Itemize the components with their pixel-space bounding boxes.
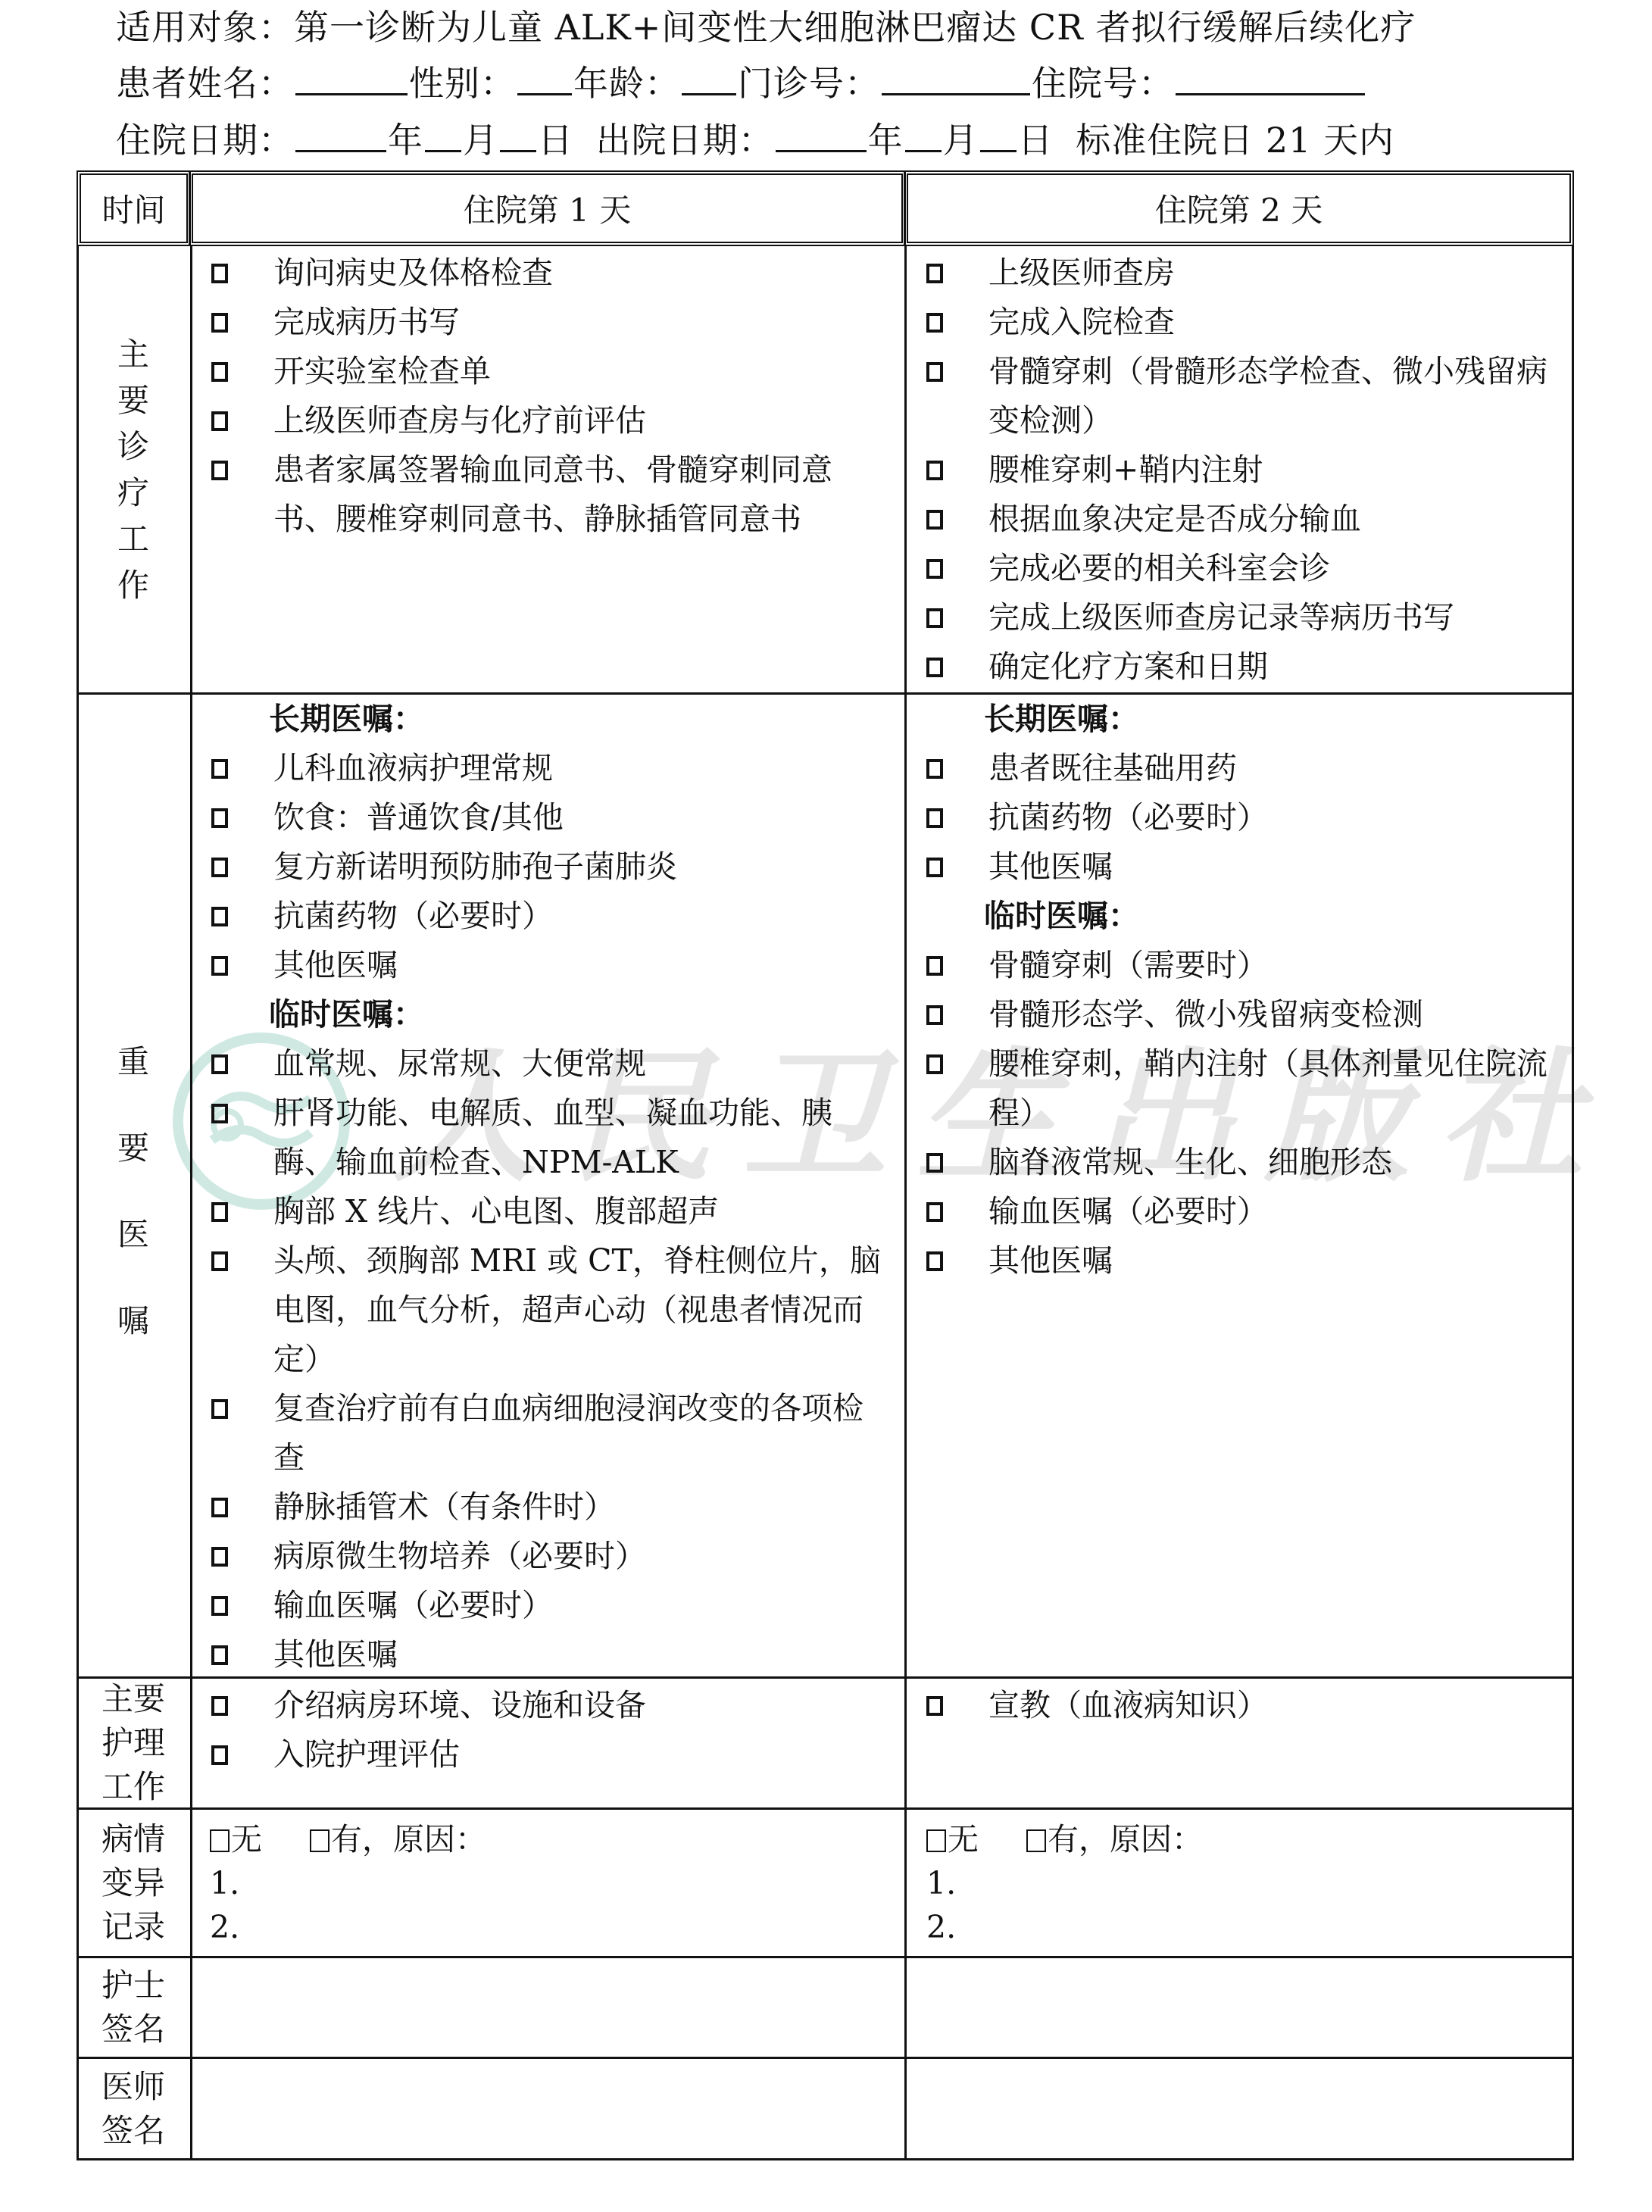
variation-yes-checkbox[interactable] — [1026, 1829, 1046, 1852]
column-divider-2 — [904, 246, 907, 2160]
checkbox[interactable] — [211, 313, 228, 333]
variation-yes-label: 有，原因： — [331, 1821, 486, 1857]
dates-line: 住院日期：年月日 出院日期：年月日 标准住院日 21 天内 — [116, 117, 1394, 163]
checkbox[interactable] — [211, 1547, 228, 1567]
item-text: 输血医嘱（必要时） — [273, 1581, 885, 1630]
checklist-item: 其他医嘱 — [926, 842, 1563, 892]
checklist-item: 骨髓形态学、微小残留病变检测 — [926, 990, 1563, 1039]
item-text: 饮食：普通饮食/其他 — [273, 793, 885, 842]
checklist-item: 上级医师查房 — [926, 248, 1563, 298]
variation-day1: 无 有，原因： 1. 2. — [210, 1817, 884, 1949]
gender-label: 性别： — [409, 63, 516, 104]
label-char: 要 — [117, 377, 149, 423]
admit-year-field[interactable] — [295, 120, 386, 152]
temporary-orders-title: 临时医嘱： — [984, 892, 1563, 941]
age-label: 年龄： — [573, 63, 680, 104]
checkbox[interactable] — [926, 1696, 943, 1716]
checkbox[interactable] — [211, 1054, 228, 1074]
checkbox[interactable] — [211, 1596, 228, 1616]
label-char: 重 — [117, 1019, 149, 1105]
checkbox[interactable] — [926, 1202, 943, 1222]
checkbox[interactable] — [926, 759, 943, 779]
item-text: 血常规、尿常规、大便常规 — [273, 1039, 885, 1089]
checkbox[interactable] — [926, 264, 943, 283]
checklist-item: 完成病历书写 — [211, 298, 885, 347]
item-text: 儿科血液病护理常规 — [273, 744, 885, 793]
checkbox[interactable] — [211, 411, 228, 431]
item-text: 患者家属签署输血同意书、骨髓穿刺同意书、腰椎穿刺同意书、静脉插管同意书 — [273, 445, 885, 544]
label-char: 工 — [117, 516, 149, 562]
header-day1-label: 住院第 1 天 — [464, 186, 631, 231]
item-text: 完成病历书写 — [273, 298, 885, 347]
checklist-item: 血常规、尿常规、大便常规 — [211, 1039, 885, 1089]
checkbox[interactable] — [926, 510, 943, 530]
label-line: 主要 — [101, 1677, 165, 1721]
checklist-item: 骨髓穿刺（需要时） — [926, 941, 1563, 990]
header-day2-label: 住院第 2 天 — [1155, 186, 1323, 231]
checklist-item: 上级医师查房与化疗前评估 — [211, 396, 885, 445]
checkbox[interactable] — [211, 1696, 228, 1716]
label-line: 签名 — [101, 2109, 165, 2153]
label-line: 工作 — [101, 1765, 165, 1809]
discharge-day-field[interactable] — [980, 120, 1016, 152]
checklist-item: 抗菌药物（必要时） — [211, 892, 885, 941]
item-text: 抗菌药物（必要时） — [273, 892, 885, 941]
label-line: 医师 — [101, 2065, 165, 2109]
item-text: 其他医嘱 — [273, 1630, 885, 1679]
applicable-label: 适用对象： — [116, 7, 294, 48]
table-bottom-border — [77, 2158, 1574, 2160]
item-text: 静脉插管术（有条件时） — [273, 1482, 885, 1532]
long-term-orders-title: 长期医嘱： — [984, 695, 1563, 744]
table-right-border — [1572, 246, 1574, 2160]
checklist-item: 胸部 X 线片、心电图、腹部超声 — [211, 1187, 885, 1236]
item-text: 骨髓穿刺（需要时） — [988, 941, 1563, 990]
orders-day1-list: 长期医嘱： 儿科血液病护理常规 饮食：普通饮食/其他 复方新诺明预防肺孢子菌肺炎… — [211, 695, 885, 1679]
checklist-item: 复查治疗前有白血病细胞浸润改变的各项检查 — [211, 1384, 885, 1482]
doctor-signature-day1[interactable] — [192, 2059, 904, 2158]
checkbox[interactable] — [926, 362, 943, 382]
checkbox[interactable] — [211, 808, 228, 828]
checkbox[interactable] — [926, 808, 943, 828]
checkbox[interactable] — [926, 956, 943, 976]
row-divider — [77, 1807, 1574, 1810]
checklist-item: 骨髓穿刺（骨髓形态学检查、微小残留病变检测） — [926, 347, 1563, 445]
item-text: 患者既往基础用药 — [988, 744, 1563, 793]
checklist-item: 其他医嘱 — [926, 1236, 1563, 1286]
checklist-item: 介绍病房环境、设施和设备 — [211, 1681, 885, 1730]
item-text: 其他医嘱 — [273, 941, 885, 990]
variation-line-2[interactable]: 2. — [926, 1905, 1563, 1949]
orders-day2-list: 长期医嘱： 患者既往基础用药 抗菌药物（必要时） 其他医嘱 临时医嘱： 骨髓穿刺… — [926, 695, 1563, 1286]
day-label: 日 — [538, 120, 573, 161]
checkbox[interactable] — [926, 559, 943, 579]
checklist-item: 完成入院检查 — [926, 298, 1563, 347]
checklist-item: 确定化疗方案和日期 — [926, 642, 1563, 692]
checkbox[interactable] — [211, 759, 228, 779]
label-char: 嘱 — [117, 1278, 149, 1364]
label-line: 护士 — [101, 1964, 165, 2007]
checkbox[interactable] — [926, 461, 943, 480]
row-label-orders: 重 要 医 嘱 — [77, 1019, 190, 1367]
variation-yes-label: 有，原因： — [1048, 1821, 1203, 1857]
checkbox[interactable] — [926, 858, 943, 877]
label-char: 疗 — [117, 470, 149, 516]
temporary-orders-title: 临时医嘱： — [269, 990, 885, 1039]
item-text: 确定化疗方案和日期 — [988, 642, 1563, 692]
diagnosis-day2-list: 上级医师查房 完成入院检查 骨髓穿刺（骨髓形态学检查、微小残留病变检测） 腰椎穿… — [926, 248, 1563, 692]
checklist-item: 腰椎穿刺，鞘内注射（具体剂量见住院流程） — [926, 1039, 1563, 1138]
doctor-signature-day2[interactable] — [907, 2059, 1572, 2158]
variation-line-1[interactable]: 1. — [210, 1861, 884, 1905]
admit-day-field[interactable] — [500, 120, 536, 152]
checkbox[interactable] — [211, 1251, 228, 1271]
checklist-item: 输血医嘱（必要时） — [926, 1187, 1563, 1236]
variation-day2: 无 有，原因： 1. 2. — [926, 1817, 1563, 1949]
item-text: 抗菌药物（必要时） — [988, 793, 1563, 842]
header-day2: 住院第 2 天 — [904, 170, 1574, 246]
label-char: 医 — [117, 1192, 149, 1278]
discharge-date-label: 出院日期： — [596, 120, 774, 161]
variation-line-1[interactable]: 1. — [926, 1861, 1563, 1905]
checklist-item: 饮食：普通饮食/其他 — [211, 793, 885, 842]
patient-name-label: 患者姓名： — [116, 63, 294, 104]
label-line: 病情 — [101, 1817, 165, 1861]
item-text: 骨髓形态学、微小残留病变检测 — [988, 990, 1563, 1039]
discharge-month-field[interactable] — [905, 120, 942, 152]
year-label: 年 — [868, 120, 904, 161]
checkbox[interactable] — [926, 658, 943, 677]
item-text: 复方新诺明预防肺孢子菌肺炎 — [273, 842, 885, 892]
checkbox[interactable] — [926, 1153, 943, 1173]
checklist-item: 开实验室检查单 — [211, 347, 885, 396]
item-text: 胸部 X 线片、心电图、腹部超声 — [273, 1187, 885, 1236]
item-text: 腰椎穿刺+鞘内注射 — [988, 445, 1563, 495]
long-term-orders-title: 长期医嘱： — [269, 695, 885, 744]
year-label: 年 — [388, 120, 423, 161]
admit-month-field[interactable] — [425, 120, 461, 152]
checklist-item: 入院护理评估 — [211, 1730, 885, 1779]
inpatient-no-label: 住院号： — [1032, 63, 1174, 104]
item-text: 询问病史及体格检查 — [273, 248, 885, 298]
checklist-item: 肝肾功能、电解质、血型、凝血功能、胰酶、输血前检查、NPM-ALK — [211, 1089, 885, 1187]
checklist-item: 儿科血液病护理常规 — [211, 744, 885, 793]
label-line: 护理 — [101, 1721, 165, 1765]
variation-none-checkbox[interactable] — [210, 1829, 230, 1852]
patient-name-field[interactable] — [295, 63, 408, 95]
item-text: 头颅、颈胸部 MRI 或 CT，脊柱侧位片，脑电图，血气分析，超声心动（视患者情… — [273, 1236, 885, 1384]
checkbox[interactable] — [211, 1498, 228, 1517]
checkbox[interactable] — [926, 608, 943, 628]
outpatient-no-label: 门诊号： — [738, 63, 880, 104]
checkbox[interactable] — [211, 858, 228, 877]
item-text: 其他医嘱 — [988, 842, 1563, 892]
label-line: 签名 — [101, 2007, 165, 2051]
applicable-line: 适用对象：第一诊断为儿童 ALK+间变性大细胞淋巴瘤达 CR 者拟行缓解后续化疗 — [116, 5, 1416, 50]
outpatient-no-field[interactable] — [882, 63, 1030, 95]
day-label: 日 — [1018, 120, 1054, 161]
nursing-day2-list: 宣教（血液病知识） — [926, 1681, 1563, 1730]
checklist-item: 其他医嘱 — [211, 1630, 885, 1679]
item-text: 肝肾功能、电解质、血型、凝血功能、胰酶、输血前检查、NPM-ALK — [273, 1089, 885, 1187]
label-line: 变异 — [101, 1861, 165, 1905]
nurse-signature-day2[interactable] — [907, 1958, 1572, 2057]
row-label-nurse-signature: 护士 签名 — [77, 1958, 190, 2057]
gender-field[interactable] — [517, 63, 572, 95]
checklist-item: 根据血象决定是否成分输血 — [926, 495, 1563, 544]
variation-none-checkbox[interactable] — [926, 1829, 946, 1852]
row-label-nursing: 主要 护理 工作 — [77, 1679, 190, 1807]
header-time-label: 时间 — [101, 186, 165, 231]
discharge-year-field[interactable] — [776, 120, 867, 152]
checkbox[interactable] — [211, 1202, 228, 1222]
checkbox[interactable] — [926, 1054, 943, 1074]
item-text: 脑脊液常规、生化、细胞形态 — [988, 1138, 1563, 1187]
item-text: 宣教（血液病知识） — [988, 1681, 1563, 1730]
row-label-doctor-signature: 医师 签名 — [77, 2059, 190, 2158]
checklist-item: 询问病史及体格检查 — [211, 248, 885, 298]
clinical-pathway-table: 时间 住院第 1 天 住院第 2 天 主 要 诊 疗 工 作 询问病史及体格检查… — [77, 170, 1574, 2160]
label-char: 要 — [117, 1105, 149, 1192]
checkbox[interactable] — [926, 313, 943, 333]
age-field[interactable] — [682, 63, 736, 95]
checkbox[interactable] — [211, 362, 228, 382]
variation-none-label: 无 — [231, 1821, 262, 1857]
standard-stay: 标准住院日 21 天内 — [1076, 120, 1394, 161]
admit-date-label: 住院日期： — [116, 120, 294, 161]
checkbox[interactable] — [211, 956, 228, 976]
month-label: 月 — [463, 120, 498, 161]
month-label: 月 — [943, 120, 979, 161]
item-text: 完成入院检查 — [988, 298, 1563, 347]
header-time: 时间 — [77, 170, 191, 246]
checklist-item: 静脉插管术（有条件时） — [211, 1482, 885, 1532]
item-text: 开实验室检查单 — [273, 347, 885, 396]
column-divider-1 — [190, 246, 192, 2160]
item-text: 根据血象决定是否成分输血 — [988, 495, 1563, 544]
checkbox[interactable] — [211, 1645, 228, 1665]
checkbox[interactable] — [211, 264, 228, 283]
item-text: 完成必要的相关科室会诊 — [988, 544, 1563, 593]
checklist-item: 头颅、颈胸部 MRI 或 CT，脊柱侧位片，脑电图，血气分析，超声心动（视患者情… — [211, 1236, 885, 1384]
checklist-item: 抗菌药物（必要时） — [926, 793, 1563, 842]
item-text: 上级医师查房 — [988, 248, 1563, 298]
checkbox[interactable] — [926, 1005, 943, 1025]
checkbox[interactable] — [211, 1104, 228, 1123]
checkbox[interactable] — [211, 461, 228, 480]
label-line: 记录 — [101, 1905, 165, 1949]
patient-info-line: 患者姓名：性别：年龄：门诊号：住院号： — [116, 61, 1366, 106]
item-text: 输血医嘱（必要时） — [988, 1187, 1563, 1236]
checkbox[interactable] — [926, 1251, 943, 1271]
inpatient-no-field[interactable] — [1176, 63, 1365, 95]
label-char: 主 — [117, 331, 149, 377]
label-char: 作 — [117, 562, 149, 608]
row-label-variation: 病情 变异 记录 — [77, 1810, 190, 1956]
checklist-item: 输血医嘱（必要时） — [211, 1581, 885, 1630]
header-day1: 住院第 1 天 — [189, 170, 906, 246]
variation-yes-checkbox[interactable] — [310, 1829, 329, 1852]
item-text: 病原微生物培养（必要时） — [273, 1532, 885, 1581]
nursing-day1-list: 介绍病房环境、设施和设备 入院护理评估 — [211, 1681, 885, 1779]
item-text: 入院护理评估 — [273, 1730, 885, 1779]
checkbox[interactable] — [211, 1399, 228, 1419]
checklist-item: 腰椎穿刺+鞘内注射 — [926, 445, 1563, 495]
checklist-item: 完成必要的相关科室会诊 — [926, 544, 1563, 593]
applicable-value: 第一诊断为儿童 ALK+间变性大细胞淋巴瘤达 CR 者拟行缓解后续化疗 — [294, 7, 1416, 48]
checklist-item: 复方新诺明预防肺孢子菌肺炎 — [211, 842, 885, 892]
checklist-item: 宣教（血液病知识） — [926, 1681, 1563, 1730]
item-text: 上级医师查房与化疗前评估 — [273, 396, 885, 445]
diagnosis-day1-list: 询问病史及体格检查 完成病历书写 开实验室检查单 上级医师查房与化疗前评估 患者… — [211, 248, 885, 544]
checklist-item: 病原微生物培养（必要时） — [211, 1532, 885, 1581]
variation-line-2[interactable]: 2. — [210, 1905, 884, 1949]
label-char: 诊 — [117, 423, 149, 470]
checklist-item: 脑脊液常规、生化、细胞形态 — [926, 1138, 1563, 1187]
checklist-item: 完成上级医师查房记录等病历书写 — [926, 593, 1563, 642]
item-text: 骨髓穿刺（骨髓形态学检查、微小残留病变检测） — [988, 347, 1563, 445]
checklist-item: 患者家属签署输血同意书、骨髓穿刺同意书、腰椎穿刺同意书、静脉插管同意书 — [211, 445, 885, 544]
checkbox[interactable] — [211, 1745, 228, 1765]
item-text: 其他医嘱 — [988, 1236, 1563, 1286]
checkbox[interactable] — [211, 907, 228, 926]
checklist-item: 患者既往基础用药 — [926, 744, 1563, 793]
item-text: 腰椎穿刺，鞘内注射（具体剂量见住院流程） — [988, 1039, 1563, 1138]
item-text: 介绍病房环境、设施和设备 — [273, 1681, 885, 1730]
item-text: 复查治疗前有白血病细胞浸润改变的各项检查 — [273, 1384, 885, 1482]
variation-options: 无 有，原因： — [926, 1817, 1563, 1861]
variation-options: 无 有，原因： — [210, 1817, 884, 1861]
row-label-diagnosis: 主 要 诊 疗 工 作 — [77, 246, 190, 692]
checklist-item: 其他医嘱 — [211, 941, 885, 990]
nurse-signature-day1[interactable] — [192, 1958, 904, 2057]
variation-none-label: 无 — [948, 1821, 979, 1857]
item-text: 完成上级医师查房记录等病历书写 — [988, 593, 1563, 642]
